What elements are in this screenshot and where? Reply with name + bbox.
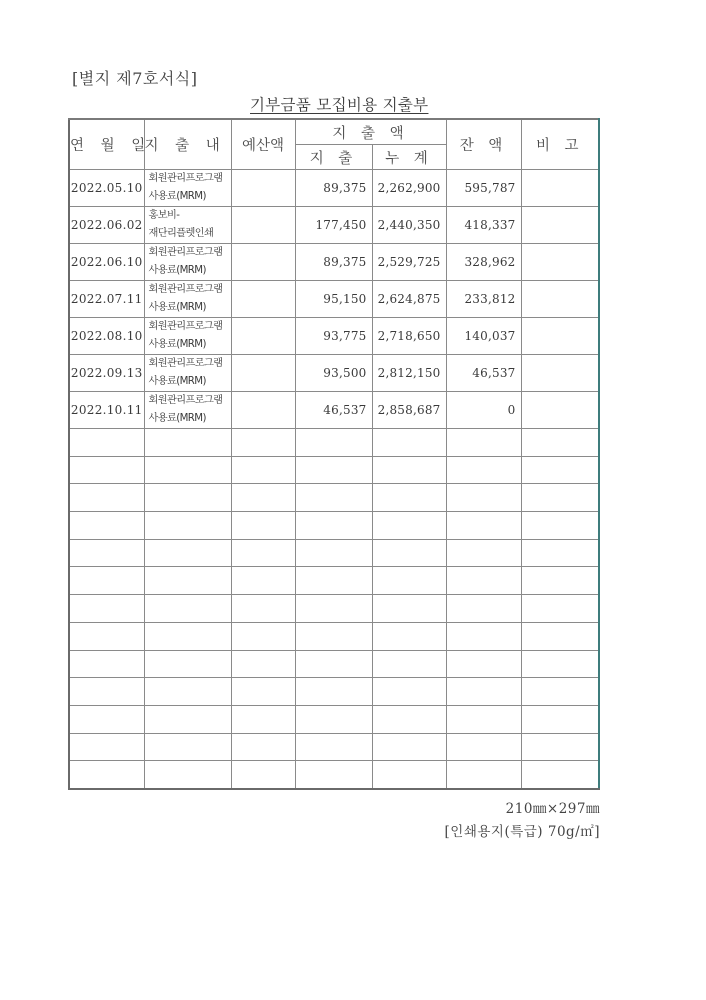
cell-budget (231, 281, 295, 318)
empty-cell (372, 567, 446, 595)
empty-table-row (69, 512, 599, 540)
cell-description: 회원관리프로그램사용료(MRM) (144, 318, 231, 355)
cell-date: 2022.07.11 (69, 281, 144, 318)
empty-table-row (69, 678, 599, 706)
empty-cell (372, 512, 446, 540)
empty-cell (231, 622, 295, 650)
cell-note (521, 244, 599, 281)
cell-description: 회원관리프로그램사용료(MRM) (144, 170, 231, 207)
empty-cell (295, 595, 372, 623)
cell-balance: 328,962 (446, 244, 521, 281)
empty-cell (69, 484, 144, 512)
empty-cell (69, 705, 144, 733)
empty-cell (144, 595, 231, 623)
empty-cell (446, 733, 521, 761)
empty-cell (144, 539, 231, 567)
empty-table-row (69, 539, 599, 567)
empty-cell (446, 761, 521, 789)
cell-budget (231, 207, 295, 244)
description-line-2: 사용료(MRM) (149, 262, 231, 280)
empty-cell (521, 429, 599, 457)
paper-spec-note: [인쇄용지(특급) 70g/㎡] (445, 820, 600, 840)
empty-cell (372, 595, 446, 623)
empty-cell (144, 733, 231, 761)
cell-expenditure: 93,500 (295, 355, 372, 392)
cell-note (521, 355, 599, 392)
empty-cell (372, 733, 446, 761)
empty-cell (521, 678, 599, 706)
empty-cell (144, 484, 231, 512)
cell-note (521, 392, 599, 429)
table-row: 2022.10.11회원관리프로그램사용료(MRM)46,5372,858,68… (69, 392, 599, 429)
empty-cell (372, 761, 446, 789)
empty-cell (231, 512, 295, 540)
cell-balance: 0 (446, 392, 521, 429)
cell-date: 2022.09.13 (69, 355, 144, 392)
empty-cell (372, 484, 446, 512)
empty-cell (231, 456, 295, 484)
paper-size-note: 210㎜×297㎜ (506, 797, 600, 817)
form-number-label: [별지 제7호서식] (72, 66, 198, 89)
table-row: 2022.05.10회원관리프로그램사용료(MRM)89,3752,262,90… (69, 170, 599, 207)
empty-cell (295, 733, 372, 761)
empty-cell (295, 678, 372, 706)
description-line-1: 회원관리프로그램 (149, 281, 231, 299)
empty-table-row (69, 595, 599, 623)
empty-cell (521, 567, 599, 595)
empty-cell (295, 429, 372, 457)
empty-cell (372, 705, 446, 733)
empty-cell (231, 761, 295, 789)
empty-table-row (69, 705, 599, 733)
cell-expenditure: 89,375 (295, 170, 372, 207)
empty-cell (231, 650, 295, 678)
empty-cell (231, 705, 295, 733)
empty-cell (372, 539, 446, 567)
description-line-1: 회원관리프로그램 (149, 392, 231, 410)
description-line-2: 사용료(MRM) (149, 336, 231, 354)
empty-cell (521, 733, 599, 761)
description-line-1: 회원관리프로그램 (149, 318, 231, 336)
empty-cell (231, 678, 295, 706)
empty-cell (521, 622, 599, 650)
cell-date: 2022.05.10 (69, 170, 144, 207)
header-expenditure-group: 지 출 액 (295, 119, 446, 145)
empty-cell (144, 650, 231, 678)
empty-table-row (69, 622, 599, 650)
cell-note (521, 170, 599, 207)
empty-cell (231, 429, 295, 457)
table-row: 2022.09.13회원관리프로그램사용료(MRM)93,5002,812,15… (69, 355, 599, 392)
cell-expenditure: 46,537 (295, 392, 372, 429)
table-row: 2022.08.10회원관리프로그램사용료(MRM)93,7752,718,65… (69, 318, 599, 355)
cell-budget (231, 244, 295, 281)
empty-cell (372, 429, 446, 457)
empty-cell (446, 567, 521, 595)
empty-cell (69, 761, 144, 789)
empty-cell (144, 456, 231, 484)
empty-table-row (69, 761, 599, 789)
empty-cell (69, 622, 144, 650)
empty-cell (69, 567, 144, 595)
expenditure-ledger-table: 연 월 일 지 출 내 용 예산액 지 출 액 잔 액 비 고 지 출 누 계 … (68, 118, 600, 790)
empty-cell (521, 761, 599, 789)
empty-cell (295, 567, 372, 595)
empty-cell (446, 622, 521, 650)
empty-cell (144, 761, 231, 789)
empty-cell (295, 539, 372, 567)
empty-cell (446, 650, 521, 678)
empty-cell (521, 539, 599, 567)
cell-note (521, 318, 599, 355)
empty-cell (231, 567, 295, 595)
cell-balance: 46,537 (446, 355, 521, 392)
description-line-2: 재단리플렛인쇄 (149, 225, 231, 243)
empty-cell (295, 761, 372, 789)
empty-cell (231, 539, 295, 567)
cell-date: 2022.10.11 (69, 392, 144, 429)
cell-description: 회원관리프로그램사용료(MRM) (144, 281, 231, 318)
description-line-1: 홍보비- (149, 207, 231, 225)
table-row: 2022.07.11회원관리프로그램사용료(MRM)95,1502,624,87… (69, 281, 599, 318)
header-balance: 잔 액 (446, 119, 521, 170)
empty-cell (446, 484, 521, 512)
description-line-2: 사용료(MRM) (149, 373, 231, 391)
empty-cell (69, 429, 144, 457)
header-note: 비 고 (521, 119, 599, 170)
header-cumulative: 누 계 (372, 145, 446, 170)
cell-cumulative: 2,440,350 (372, 207, 446, 244)
cell-balance: 140,037 (446, 318, 521, 355)
cell-note (521, 281, 599, 318)
header-date: 연 월 일 (69, 119, 144, 170)
description-line-2: 사용료(MRM) (149, 188, 231, 206)
empty-table-row (69, 650, 599, 678)
ledger-body: 2022.05.10회원관리프로그램사용료(MRM)89,3752,262,90… (69, 170, 599, 789)
cell-description: 회원관리프로그램사용료(MRM) (144, 244, 231, 281)
table-row: 2022.06.02홍보비-재단리플렛인쇄177,4502,440,350418… (69, 207, 599, 244)
empty-cell (295, 484, 372, 512)
empty-cell (372, 650, 446, 678)
empty-cell (521, 705, 599, 733)
empty-cell (69, 678, 144, 706)
description-line-1: 회원관리프로그램 (149, 244, 231, 262)
empty-cell (521, 512, 599, 540)
cell-cumulative: 2,529,725 (372, 244, 446, 281)
empty-cell (69, 595, 144, 623)
empty-cell (295, 622, 372, 650)
cell-balance: 418,337 (446, 207, 521, 244)
empty-cell (69, 650, 144, 678)
empty-cell (144, 567, 231, 595)
empty-cell (69, 539, 144, 567)
description-line-2: 사용료(MRM) (149, 299, 231, 317)
cell-cumulative: 2,812,150 (372, 355, 446, 392)
header-description: 지 출 내 용 (144, 119, 231, 170)
cell-balance: 595,787 (446, 170, 521, 207)
empty-cell (144, 622, 231, 650)
empty-cell (144, 512, 231, 540)
document-title: 기부금품 모집비용 지출부 (250, 93, 450, 115)
header-expenditure: 지 출 (295, 145, 372, 170)
description-line-1: 회원관리프로그램 (149, 170, 231, 188)
empty-cell (446, 595, 521, 623)
empty-cell (144, 429, 231, 457)
cell-cumulative: 2,262,900 (372, 170, 446, 207)
empty-cell (144, 705, 231, 733)
description-line-2: 사용료(MRM) (149, 410, 231, 428)
cell-expenditure: 89,375 (295, 244, 372, 281)
cell-date: 2022.06.10 (69, 244, 144, 281)
empty-table-row (69, 733, 599, 761)
empty-cell (446, 678, 521, 706)
empty-cell (372, 678, 446, 706)
cell-description: 회원관리프로그램사용료(MRM) (144, 392, 231, 429)
empty-cell (295, 456, 372, 484)
empty-cell (446, 456, 521, 484)
empty-table-row (69, 567, 599, 595)
empty-cell (446, 429, 521, 457)
empty-cell (521, 595, 599, 623)
cell-budget (231, 355, 295, 392)
empty-cell (521, 650, 599, 678)
table-row: 2022.06.10회원관리프로그램사용료(MRM)89,3752,529,72… (69, 244, 599, 281)
cell-budget (231, 318, 295, 355)
empty-cell (446, 539, 521, 567)
empty-cell (372, 622, 446, 650)
empty-cell (231, 733, 295, 761)
cell-description: 홍보비-재단리플렛인쇄 (144, 207, 231, 244)
empty-cell (521, 456, 599, 484)
cell-budget (231, 392, 295, 429)
cell-cumulative: 2,718,650 (372, 318, 446, 355)
cell-cumulative: 2,858,687 (372, 392, 446, 429)
cell-budget (231, 170, 295, 207)
empty-cell (231, 484, 295, 512)
cell-expenditure: 93,775 (295, 318, 372, 355)
cell-expenditure: 177,450 (295, 207, 372, 244)
header-budget: 예산액 (231, 119, 295, 170)
empty-cell (69, 733, 144, 761)
empty-cell (144, 678, 231, 706)
empty-table-row (69, 429, 599, 457)
cell-expenditure: 95,150 (295, 281, 372, 318)
cell-balance: 233,812 (446, 281, 521, 318)
empty-cell (295, 512, 372, 540)
empty-cell (69, 512, 144, 540)
cell-note (521, 207, 599, 244)
empty-table-row (69, 456, 599, 484)
empty-cell (295, 705, 372, 733)
cell-cumulative: 2,624,875 (372, 281, 446, 318)
description-line-1: 회원관리프로그램 (149, 355, 231, 373)
empty-cell (521, 484, 599, 512)
empty-cell (295, 650, 372, 678)
cell-date: 2022.08.10 (69, 318, 144, 355)
empty-cell (231, 595, 295, 623)
empty-cell (446, 705, 521, 733)
empty-cell (372, 456, 446, 484)
cell-description: 회원관리프로그램사용료(MRM) (144, 355, 231, 392)
empty-cell (69, 456, 144, 484)
empty-table-row (69, 484, 599, 512)
empty-cell (446, 512, 521, 540)
cell-date: 2022.06.02 (69, 207, 144, 244)
